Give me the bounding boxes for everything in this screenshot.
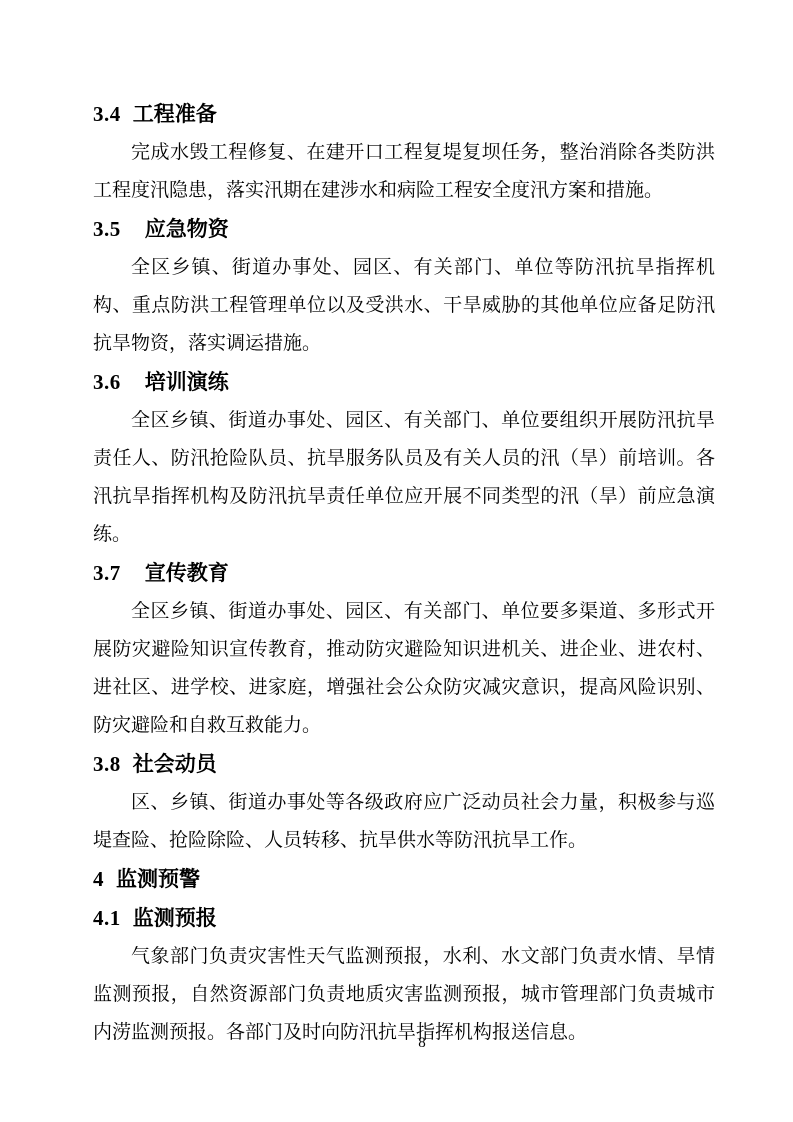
section-4-1: 4.1监测预报 气象部门负责灾害性天气监测预报，水利、水文部门负责水情、旱情监测… xyxy=(93,899,715,1052)
paragraph: 全区乡镇、街道办事处、园区、有关部门、单位等防汛抗旱指挥机构、重点防洪工程管理单… xyxy=(93,249,715,363)
document-page: 3.4工程准备 完成水毁工程修复、在建开口工程复堤复坝任务，整治消除各类防洪工程… xyxy=(0,0,793,1122)
section-heading: 4监测预警 xyxy=(93,860,715,899)
heading-title: 监测预报 xyxy=(133,907,217,930)
heading-number: 3.7 xyxy=(93,561,121,585)
heading-number: 4 xyxy=(93,867,104,891)
section-3-7: 3.7宣传教育 全区乡镇、街道办事处、园区、有关部门、单位要多渠道、多形式开展防… xyxy=(93,554,715,745)
section-heading: 4.1监测预报 xyxy=(93,899,715,938)
heading-title: 宣传教育 xyxy=(145,562,229,585)
section-3-8: 3.8社会动员 区、乡镇、街道办事处等各级政府应广泛动员社会力量，积极参与巡堤查… xyxy=(93,745,715,860)
paragraph: 区、乡镇、街道办事处等各级政府应广泛动员社会力量，积极参与巡堤查险、抢险除险、人… xyxy=(93,784,715,860)
section-3-5: 3.5应急物资 全区乡镇、街道办事处、园区、有关部门、单位等防汛抗旱指挥机构、重… xyxy=(93,210,715,363)
heading-number: 3.6 xyxy=(93,370,121,394)
paragraph: 完成水毁工程修复、在建开口工程复堤复坝任务，整治消除各类防洪工程度汛隐患，落实汛… xyxy=(93,134,715,210)
section-heading: 3.4工程准备 xyxy=(93,95,715,134)
section-heading: 3.6培训演练 xyxy=(93,363,715,402)
section-3-6: 3.6培训演练 全区乡镇、街道办事处、园区、有关部门、单位要组织开展防汛抗旱责任… xyxy=(93,363,715,554)
heading-title: 工程准备 xyxy=(133,103,217,126)
document-content: 3.4工程准备 完成水毁工程修复、在建开口工程复堤复坝任务，整治消除各类防洪工程… xyxy=(93,95,715,1052)
paragraph: 全区乡镇、街道办事处、园区、有关部门、单位要多渠道、多形式开展防灾避险知识宣传教… xyxy=(93,593,715,745)
section-heading: 3.8社会动员 xyxy=(93,745,715,784)
heading-title: 应急物资 xyxy=(145,218,229,241)
heading-title: 社会动员 xyxy=(133,753,217,776)
page-number: 8 xyxy=(0,1033,793,1053)
heading-number: 3.4 xyxy=(93,102,121,126)
heading-number: 3.8 xyxy=(93,752,121,776)
paragraph: 全区乡镇、街道办事处、园区、有关部门、单位要组织开展防汛抗旱责任人、防汛抢险队员… xyxy=(93,402,715,554)
section-4: 4监测预警 xyxy=(93,860,715,899)
heading-title: 监测预警 xyxy=(116,868,200,891)
section-heading: 3.5应急物资 xyxy=(93,210,715,249)
section-3-4: 3.4工程准备 完成水毁工程修复、在建开口工程复堤复坝任务，整治消除各类防洪工程… xyxy=(93,95,715,210)
section-heading: 3.7宣传教育 xyxy=(93,554,715,593)
heading-number: 3.5 xyxy=(93,217,121,241)
heading-number: 4.1 xyxy=(93,906,121,930)
heading-title: 培训演练 xyxy=(145,371,229,394)
